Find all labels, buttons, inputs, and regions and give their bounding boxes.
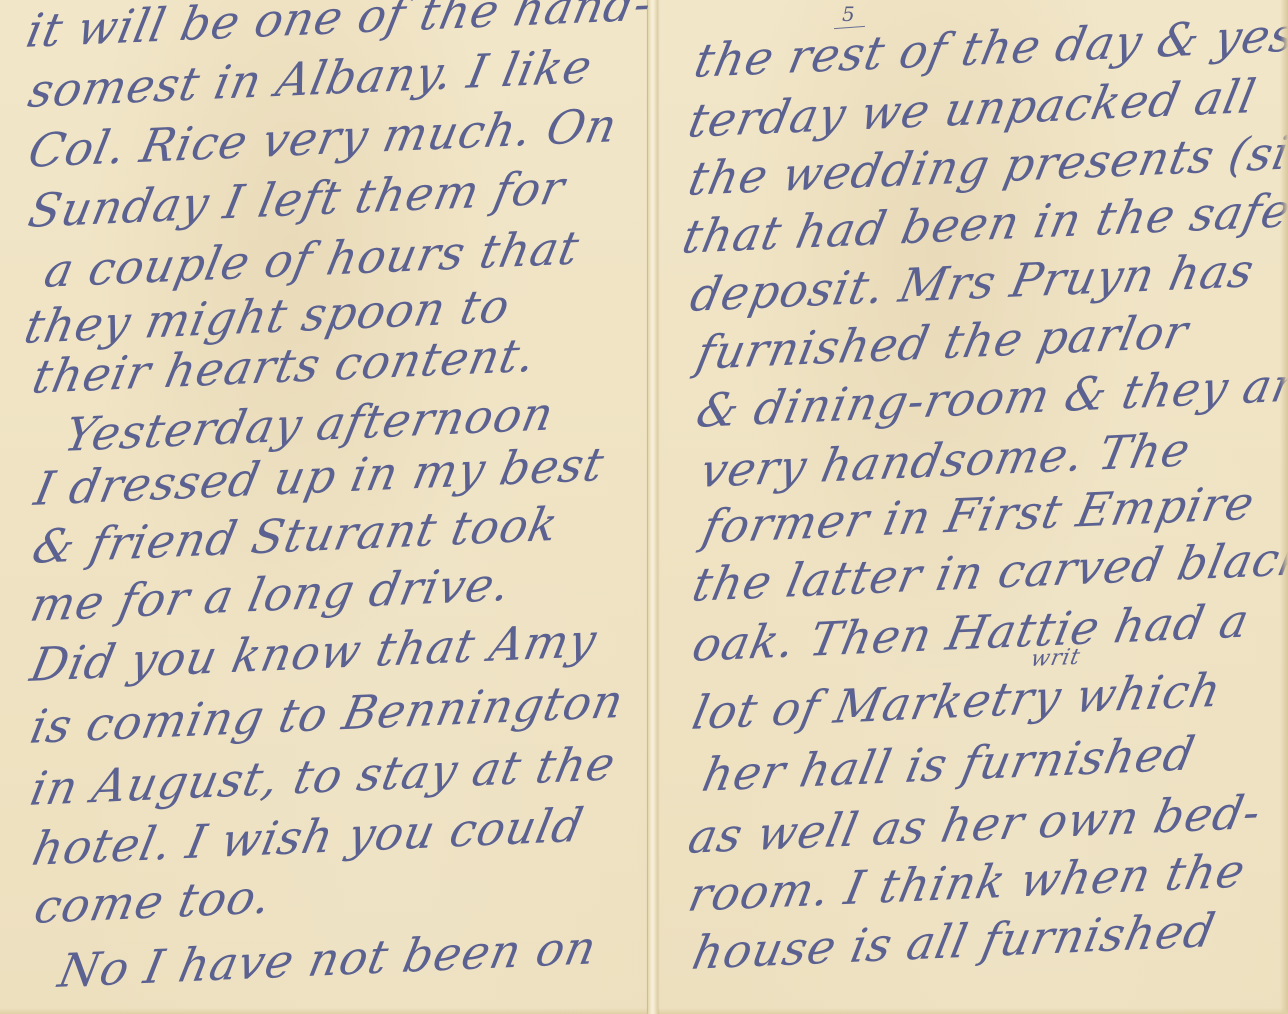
paper-edge-right <box>1280 0 1288 1014</box>
left-line-17: No I have not been on <box>54 920 602 998</box>
page-number: 5 <box>842 2 855 26</box>
insertion-above: writ <box>1029 645 1083 672</box>
right-page-text: the rest of the day & yes- terday we unp… <box>648 0 1288 1014</box>
left-page: it will be one of the hand- somest in Al… <box>0 0 648 1014</box>
left-page-text: it will be one of the hand- somest in Al… <box>0 0 647 1014</box>
page-fold <box>648 0 658 1014</box>
paper-edge-bottom <box>0 1008 1288 1014</box>
right-page: 5 the rest of the day & yes- terday we u… <box>648 0 1288 1014</box>
left-line-16: come too. <box>30 869 276 934</box>
letter-spread: it will be one of the hand- somest in Al… <box>0 0 1288 1014</box>
